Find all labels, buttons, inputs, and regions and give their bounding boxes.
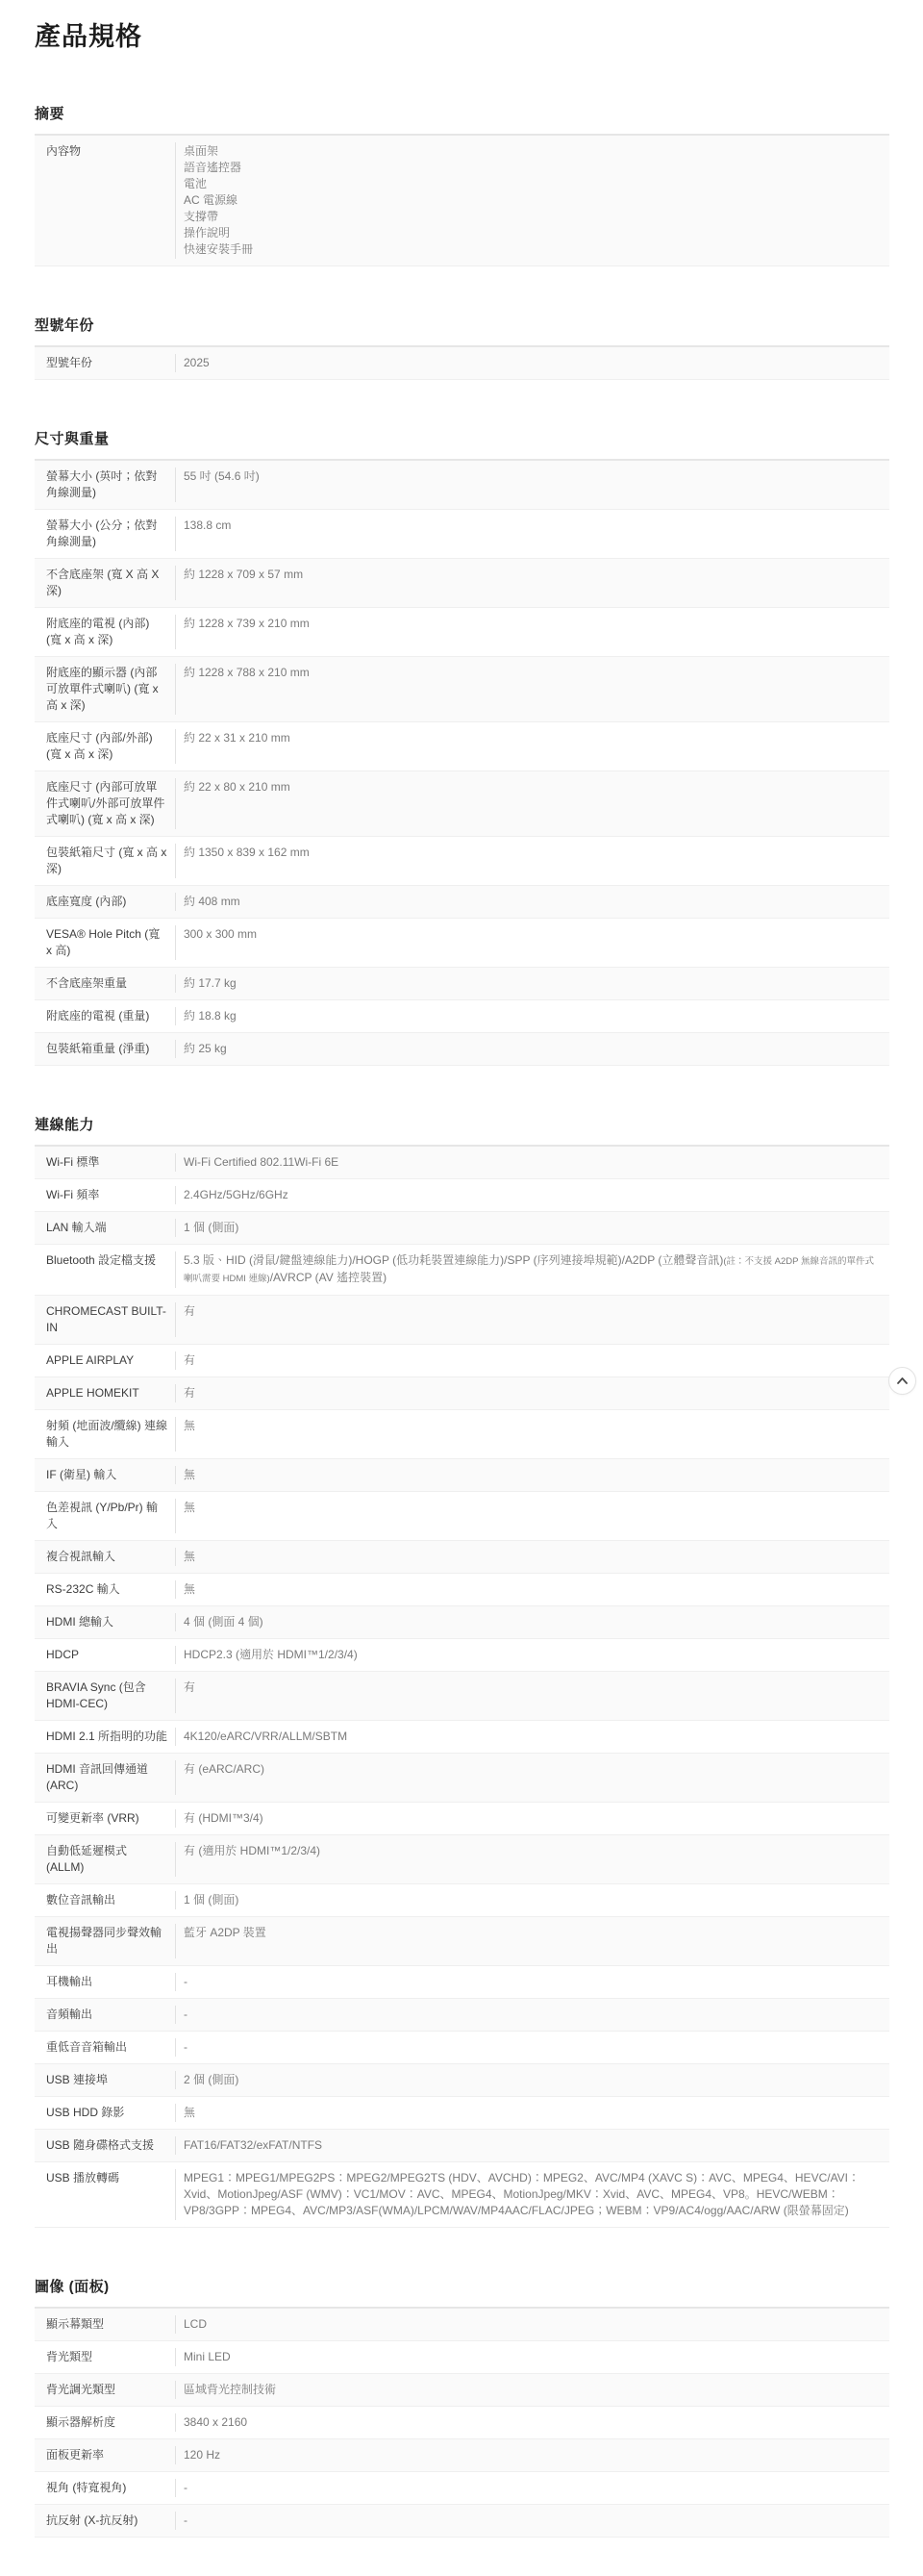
row-label: 重低音音箱輸出 (35, 2032, 175, 2063)
spec-section: 型號年份型號年份2025 (35, 315, 889, 380)
row-value: 約 22 x 31 x 210 mm (175, 722, 889, 770)
row-label: USB 隨身碟格式支援 (35, 2130, 175, 2161)
row-value: HDCP2.3 (適用於 HDMI™1/2/3/4) (175, 1639, 889, 1671)
row-label: 電視揚聲器同步聲效輸出 (35, 1917, 175, 1965)
row-value: Mini LED (175, 2341, 889, 2373)
spec-row: 底座尺寸 (內部/外部) (寬 x 高 x 深)約 22 x 31 x 210 … (35, 722, 889, 771)
spec-row: 可變更新率 (VRR)有 (HDMI™3/4) (35, 1803, 889, 1835)
back-to-top-button[interactable] (888, 1367, 916, 1395)
row-value: 約 22 x 80 x 210 mm (175, 771, 889, 836)
row-label: Bluetooth 設定檔支援 (35, 1245, 175, 1295)
value-segment: 5.3 版、HID (滑鼠/鍵盤連線能力)/HOGP (低功耗裝置連線能力)/S… (184, 1253, 723, 1267)
row-label: 色差視訊 (Y/Pb/Pr) 輸入 (35, 1492, 175, 1540)
section-title: 圖像 (面板) (35, 2276, 889, 2296)
spec-row: Wi-Fi 標準Wi-Fi Certified 802.11Wi-Fi 6E (35, 1147, 889, 1179)
spec-row: USB 隨身碟格式支援FAT16/FAT32/exFAT/NTFS (35, 2130, 889, 2162)
section-title: 摘要 (35, 103, 889, 123)
row-value: Wi-Fi Certified 802.11Wi-Fi 6E (175, 1147, 889, 1178)
spec-row: 不含底座架重量約 17.7 kg (35, 968, 889, 1000)
row-value: - (175, 1966, 889, 1998)
row-label: 數位音訊輸出 (35, 1884, 175, 1916)
row-value: 無 (175, 1410, 889, 1458)
spec-row: 面板更新率120 Hz (35, 2439, 889, 2472)
row-value: 5.3 版、HID (滑鼠/鍵盤連線能力)/HOGP (低功耗裝置連線能力)/S… (175, 1245, 889, 1295)
row-value: FAT16/FAT32/exFAT/NTFS (175, 2130, 889, 2161)
row-label: USB HDD 錄影 (35, 2097, 175, 2129)
spec-row: 射頻 (地面波/纜線) 連線輸入無 (35, 1410, 889, 1459)
row-value: 4K120/eARC/VRR/ALLM/SBTM (175, 1721, 889, 1753)
row-value: 1 個 (側面) (175, 1884, 889, 1916)
spec-section: 連線能力Wi-Fi 標準Wi-Fi Certified 802.11Wi-Fi … (35, 1114, 889, 2228)
row-label: 型號年份 (35, 347, 175, 379)
spec-row: BRAVIA Sync (包含 HDMI-CEC)有 (35, 1672, 889, 1721)
row-value: 有 (175, 1672, 889, 1720)
value-line: AC 電源線 (184, 192, 876, 209)
row-label: IF (衛星) 輸入 (35, 1459, 175, 1491)
row-label: 螢幕大小 (公分；依對角線測量) (35, 510, 175, 558)
spec-row: Wi-Fi 頻率2.4GHz/5GHz/6GHz (35, 1179, 889, 1212)
row-value: 約 1228 x 788 x 210 mm (175, 657, 889, 721)
spec-table: 顯示幕類型LCD背光類型Mini LED背光調光類型區域背光控制技術顯示器解析度… (35, 2307, 889, 2538)
spec-row: 音頻輸出- (35, 1999, 889, 2032)
row-label: 附底座的電視 (重量) (35, 1000, 175, 1032)
row-value: 無 (175, 1574, 889, 1605)
spec-section: 尺寸與重量螢幕大小 (英吋；依對角線測量)55 吋 (54.6 吋)螢幕大小 (… (35, 428, 889, 1066)
row-value: 300 x 300 mm (175, 919, 889, 967)
row-value: 無 (175, 2097, 889, 2129)
spec-row: 螢幕大小 (英吋；依對角線測量)55 吋 (54.6 吋) (35, 461, 889, 510)
spec-row: 耳機輸出- (35, 1966, 889, 1999)
row-value: 2 個 (側面) (175, 2064, 889, 2096)
spec-row: CHROMECAST BUILT-IN有 (35, 1296, 889, 1345)
row-value: 約 1228 x 739 x 210 mm (175, 608, 889, 656)
chevron-up-icon (894, 1373, 911, 1389)
row-value: - (175, 1999, 889, 2031)
value-line: 快速安裝手冊 (184, 241, 876, 258)
row-value: 約 18.8 kg (175, 1000, 889, 1032)
row-value: 120 Hz (175, 2439, 889, 2471)
spec-row: 數位音訊輸出1 個 (側面) (35, 1884, 889, 1917)
spec-row: 附底座的電視 (重量)約 18.8 kg (35, 1000, 889, 1033)
row-value: 2025 (175, 347, 889, 379)
spec-row: APPLE HOMEKIT有 (35, 1377, 889, 1410)
row-label: 底座尺寸 (內部可放單件式喇叭/外部可放單件式喇叭) (寬 x 高 x 深) (35, 771, 175, 836)
row-value: 約 1350 x 839 x 162 mm (175, 837, 889, 885)
spec-content: 摘要內容物桌面架語音遙控器電池AC 電源線支撐帶操作說明快速安裝手冊型號年份型號… (35, 103, 889, 2538)
spec-table: Wi-Fi 標準Wi-Fi Certified 802.11Wi-Fi 6EWi… (35, 1145, 889, 2228)
spec-table: 內容物桌面架語音遙控器電池AC 電源線支撐帶操作說明快速安裝手冊 (35, 134, 889, 266)
row-value: 約 408 mm (175, 886, 889, 918)
spec-row: HDCPHDCP2.3 (適用於 HDMI™1/2/3/4) (35, 1639, 889, 1672)
row-label: Wi-Fi 頻率 (35, 1179, 175, 1211)
spec-row: USB 連接埠2 個 (側面) (35, 2064, 889, 2097)
section-title: 連線能力 (35, 1114, 889, 1134)
spec-row: APPLE AIRPLAY有 (35, 1345, 889, 1377)
section-title: 尺寸與重量 (35, 428, 889, 448)
row-label: 不含底座架 (寬 X 高 X 深) (35, 559, 175, 607)
row-label: LAN 輸入端 (35, 1212, 175, 1244)
row-value: 有 (175, 1296, 889, 1344)
spec-page: 產品規格 摘要內容物桌面架語音遙控器電池AC 電源線支撐帶操作說明快速安裝手冊型… (0, 0, 923, 2576)
spec-row: 色差視訊 (Y/Pb/Pr) 輸入無 (35, 1492, 889, 1541)
row-value: 55 吋 (54.6 吋) (175, 461, 889, 509)
row-label: 附底座的顯示器 (內部可放單件式喇叭) (寬 x 高 x 深) (35, 657, 175, 721)
row-label: 不含底座架重量 (35, 968, 175, 999)
row-label: Wi-Fi 標準 (35, 1147, 175, 1178)
row-value: 無 (175, 1459, 889, 1491)
row-label: 顯示器解析度 (35, 2407, 175, 2438)
spec-row: 螢幕大小 (公分；依對角線測量)138.8 cm (35, 510, 889, 559)
row-label: 包裝紙箱重量 (淨重) (35, 1033, 175, 1065)
spec-row: Bluetooth 設定檔支援5.3 版、HID (滑鼠/鍵盤連線能力)/HOG… (35, 1245, 889, 1296)
spec-row: HDMI 2.1 所指明的功能4K120/eARC/VRR/ALLM/SBTM (35, 1721, 889, 1754)
row-value: 有 (175, 1345, 889, 1376)
spec-row: 自動低延遲模式 (ALLM)有 (適用於 HDMI™1/2/3/4) (35, 1835, 889, 1884)
row-label: 射頻 (地面波/纜線) 連線輸入 (35, 1410, 175, 1458)
row-value: 3840 x 2160 (175, 2407, 889, 2438)
spec-section: 摘要內容物桌面架語音遙控器電池AC 電源線支撐帶操作說明快速安裝手冊 (35, 103, 889, 266)
spec-row: HDMI 音訊回傳通道 (ARC)有 (eARC/ARC) (35, 1754, 889, 1803)
spec-row: 附底座的顯示器 (內部可放單件式喇叭) (寬 x 高 x 深)約 1228 x … (35, 657, 889, 722)
row-label: 複合視訊輸入 (35, 1541, 175, 1573)
row-value: - (175, 2505, 889, 2537)
spec-row: 背光類型Mini LED (35, 2341, 889, 2374)
row-label: 背光類型 (35, 2341, 175, 2373)
row-value: 有 (eARC/ARC) (175, 1754, 889, 1802)
row-value: 約 17.7 kg (175, 968, 889, 999)
spec-row: LAN 輸入端1 個 (側面) (35, 1212, 889, 1245)
value-segment: /AVRCP (AV 遙控裝置) (270, 1271, 387, 1284)
spec-row: USB 播放轉碼MPEG1：MPEG1/MPEG2PS：MPEG2/MPEG2T… (35, 2162, 889, 2228)
page-title: 產品規格 (35, 15, 889, 53)
row-label: HDMI 音訊回傳通道 (ARC) (35, 1754, 175, 1802)
row-value: 無 (175, 1541, 889, 1573)
spec-row: 型號年份2025 (35, 347, 889, 380)
row-label: 底座寬度 (內部) (35, 886, 175, 918)
row-label: HDMI 2.1 所指明的功能 (35, 1721, 175, 1753)
row-value: - (175, 2472, 889, 2504)
row-label: 面板更新率 (35, 2439, 175, 2471)
row-value: 約 1228 x 709 x 57 mm (175, 559, 889, 607)
row-value: 約 25 kg (175, 1033, 889, 1065)
row-label: HDCP (35, 1639, 175, 1671)
row-label: 螢幕大小 (英吋；依對角線測量) (35, 461, 175, 509)
spec-section: 圖像 (面板)顯示幕類型LCD背光類型Mini LED背光調光類型區域背光控制技… (35, 2276, 889, 2538)
row-label: USB 播放轉碼 (35, 2162, 175, 2227)
row-label: 背光調光類型 (35, 2374, 175, 2406)
row-value: 區域背光控制技術 (175, 2374, 889, 2406)
row-label: 自動低延遲模式 (ALLM) (35, 1835, 175, 1883)
row-value: 藍牙 A2DP 裝置 (175, 1917, 889, 1965)
spec-row: 顯示幕類型LCD (35, 2309, 889, 2341)
spec-row: IF (衛星) 輸入無 (35, 1459, 889, 1492)
spec-row: 包裝紙箱重量 (淨重)約 25 kg (35, 1033, 889, 1066)
spec-row: 底座寬度 (內部)約 408 mm (35, 886, 889, 919)
spec-row: USB HDD 錄影無 (35, 2097, 889, 2130)
value-line: 操作說明 (184, 225, 876, 241)
row-label: 耳機輸出 (35, 1966, 175, 1998)
spec-row: 背光調光類型區域背光控制技術 (35, 2374, 889, 2407)
spec-row: VESA® Hole Pitch (寬 x 高)300 x 300 mm (35, 919, 889, 968)
spec-row: 包裝紙箱尺寸 (寬 x 高 x 深)約 1350 x 839 x 162 mm (35, 837, 889, 886)
spec-row: 視角 (特寬視角)- (35, 2472, 889, 2505)
row-label: HDMI 總輸入 (35, 1606, 175, 1638)
spec-row: 內容物桌面架語音遙控器電池AC 電源線支撐帶操作說明快速安裝手冊 (35, 136, 889, 266)
row-label: APPLE AIRPLAY (35, 1345, 175, 1376)
value-line: 電池 (184, 176, 876, 192)
row-value: MPEG1：MPEG1/MPEG2PS：MPEG2/MPEG2TS (HDV、A… (175, 2162, 889, 2227)
spec-row: HDMI 總輸入4 個 (側面 4 個) (35, 1606, 889, 1639)
spec-row: 電視揚聲器同步聲效輸出藍牙 A2DP 裝置 (35, 1917, 889, 1966)
spec-row: RS-232C 輸入無 (35, 1574, 889, 1606)
row-label: 視角 (特寬視角) (35, 2472, 175, 2504)
spec-row: 底座尺寸 (內部可放單件式喇叭/外部可放單件式喇叭) (寬 x 高 x 深)約 … (35, 771, 889, 837)
spec-row: 重低音音箱輸出- (35, 2032, 889, 2064)
value-line: 支撐帶 (184, 209, 876, 225)
spec-table: 螢幕大小 (英吋；依對角線測量)55 吋 (54.6 吋)螢幕大小 (公分；依對… (35, 459, 889, 1066)
spec-row: 顯示器解析度3840 x 2160 (35, 2407, 889, 2439)
row-value: 桌面架語音遙控器電池AC 電源線支撐帶操作說明快速安裝手冊 (175, 136, 889, 265)
section-title: 型號年份 (35, 315, 889, 335)
row-value: 1 個 (側面) (175, 1212, 889, 1244)
row-label: BRAVIA Sync (包含 HDMI-CEC) (35, 1672, 175, 1720)
row-label: VESA® Hole Pitch (寬 x 高) (35, 919, 175, 967)
row-label: APPLE HOMEKIT (35, 1377, 175, 1409)
row-label: USB 連接埠 (35, 2064, 175, 2096)
row-label: 顯示幕類型 (35, 2309, 175, 2340)
row-label: RS-232C 輸入 (35, 1574, 175, 1605)
row-label: 內容物 (35, 136, 175, 265)
row-label: 可變更新率 (VRR) (35, 1803, 175, 1834)
row-label: 音頻輸出 (35, 1999, 175, 2031)
row-value: 有 (適用於 HDMI™1/2/3/4) (175, 1835, 889, 1883)
row-value: 2.4GHz/5GHz/6GHz (175, 1179, 889, 1211)
value-line: 桌面架 (184, 143, 876, 160)
row-label: 包裝紙箱尺寸 (寬 x 高 x 深) (35, 837, 175, 885)
spec-row: 不含底座架 (寬 X 高 X 深)約 1228 x 709 x 57 mm (35, 559, 889, 608)
row-label: 底座尺寸 (內部/外部) (寬 x 高 x 深) (35, 722, 175, 770)
row-label: CHROMECAST BUILT-IN (35, 1296, 175, 1344)
row-value: - (175, 2032, 889, 2063)
row-value: 無 (175, 1492, 889, 1540)
spec-row: 附底座的電視 (內部) (寬 x 高 x 深)約 1228 x 739 x 21… (35, 608, 889, 657)
row-value: LCD (175, 2309, 889, 2340)
row-value: 138.8 cm (175, 510, 889, 558)
row-value: 有 (175, 1377, 889, 1409)
spec-table: 型號年份2025 (35, 345, 889, 380)
row-value: 有 (HDMI™3/4) (175, 1803, 889, 1834)
row-label: 抗反射 (X-抗反射) (35, 2505, 175, 2537)
row-value: 4 個 (側面 4 個) (175, 1606, 889, 1638)
value-line: 語音遙控器 (184, 160, 876, 176)
row-label: 附底座的電視 (內部) (寬 x 高 x 深) (35, 608, 175, 656)
spec-row: 抗反射 (X-抗反射)- (35, 2505, 889, 2538)
spec-row: 複合視訊輸入無 (35, 1541, 889, 1574)
